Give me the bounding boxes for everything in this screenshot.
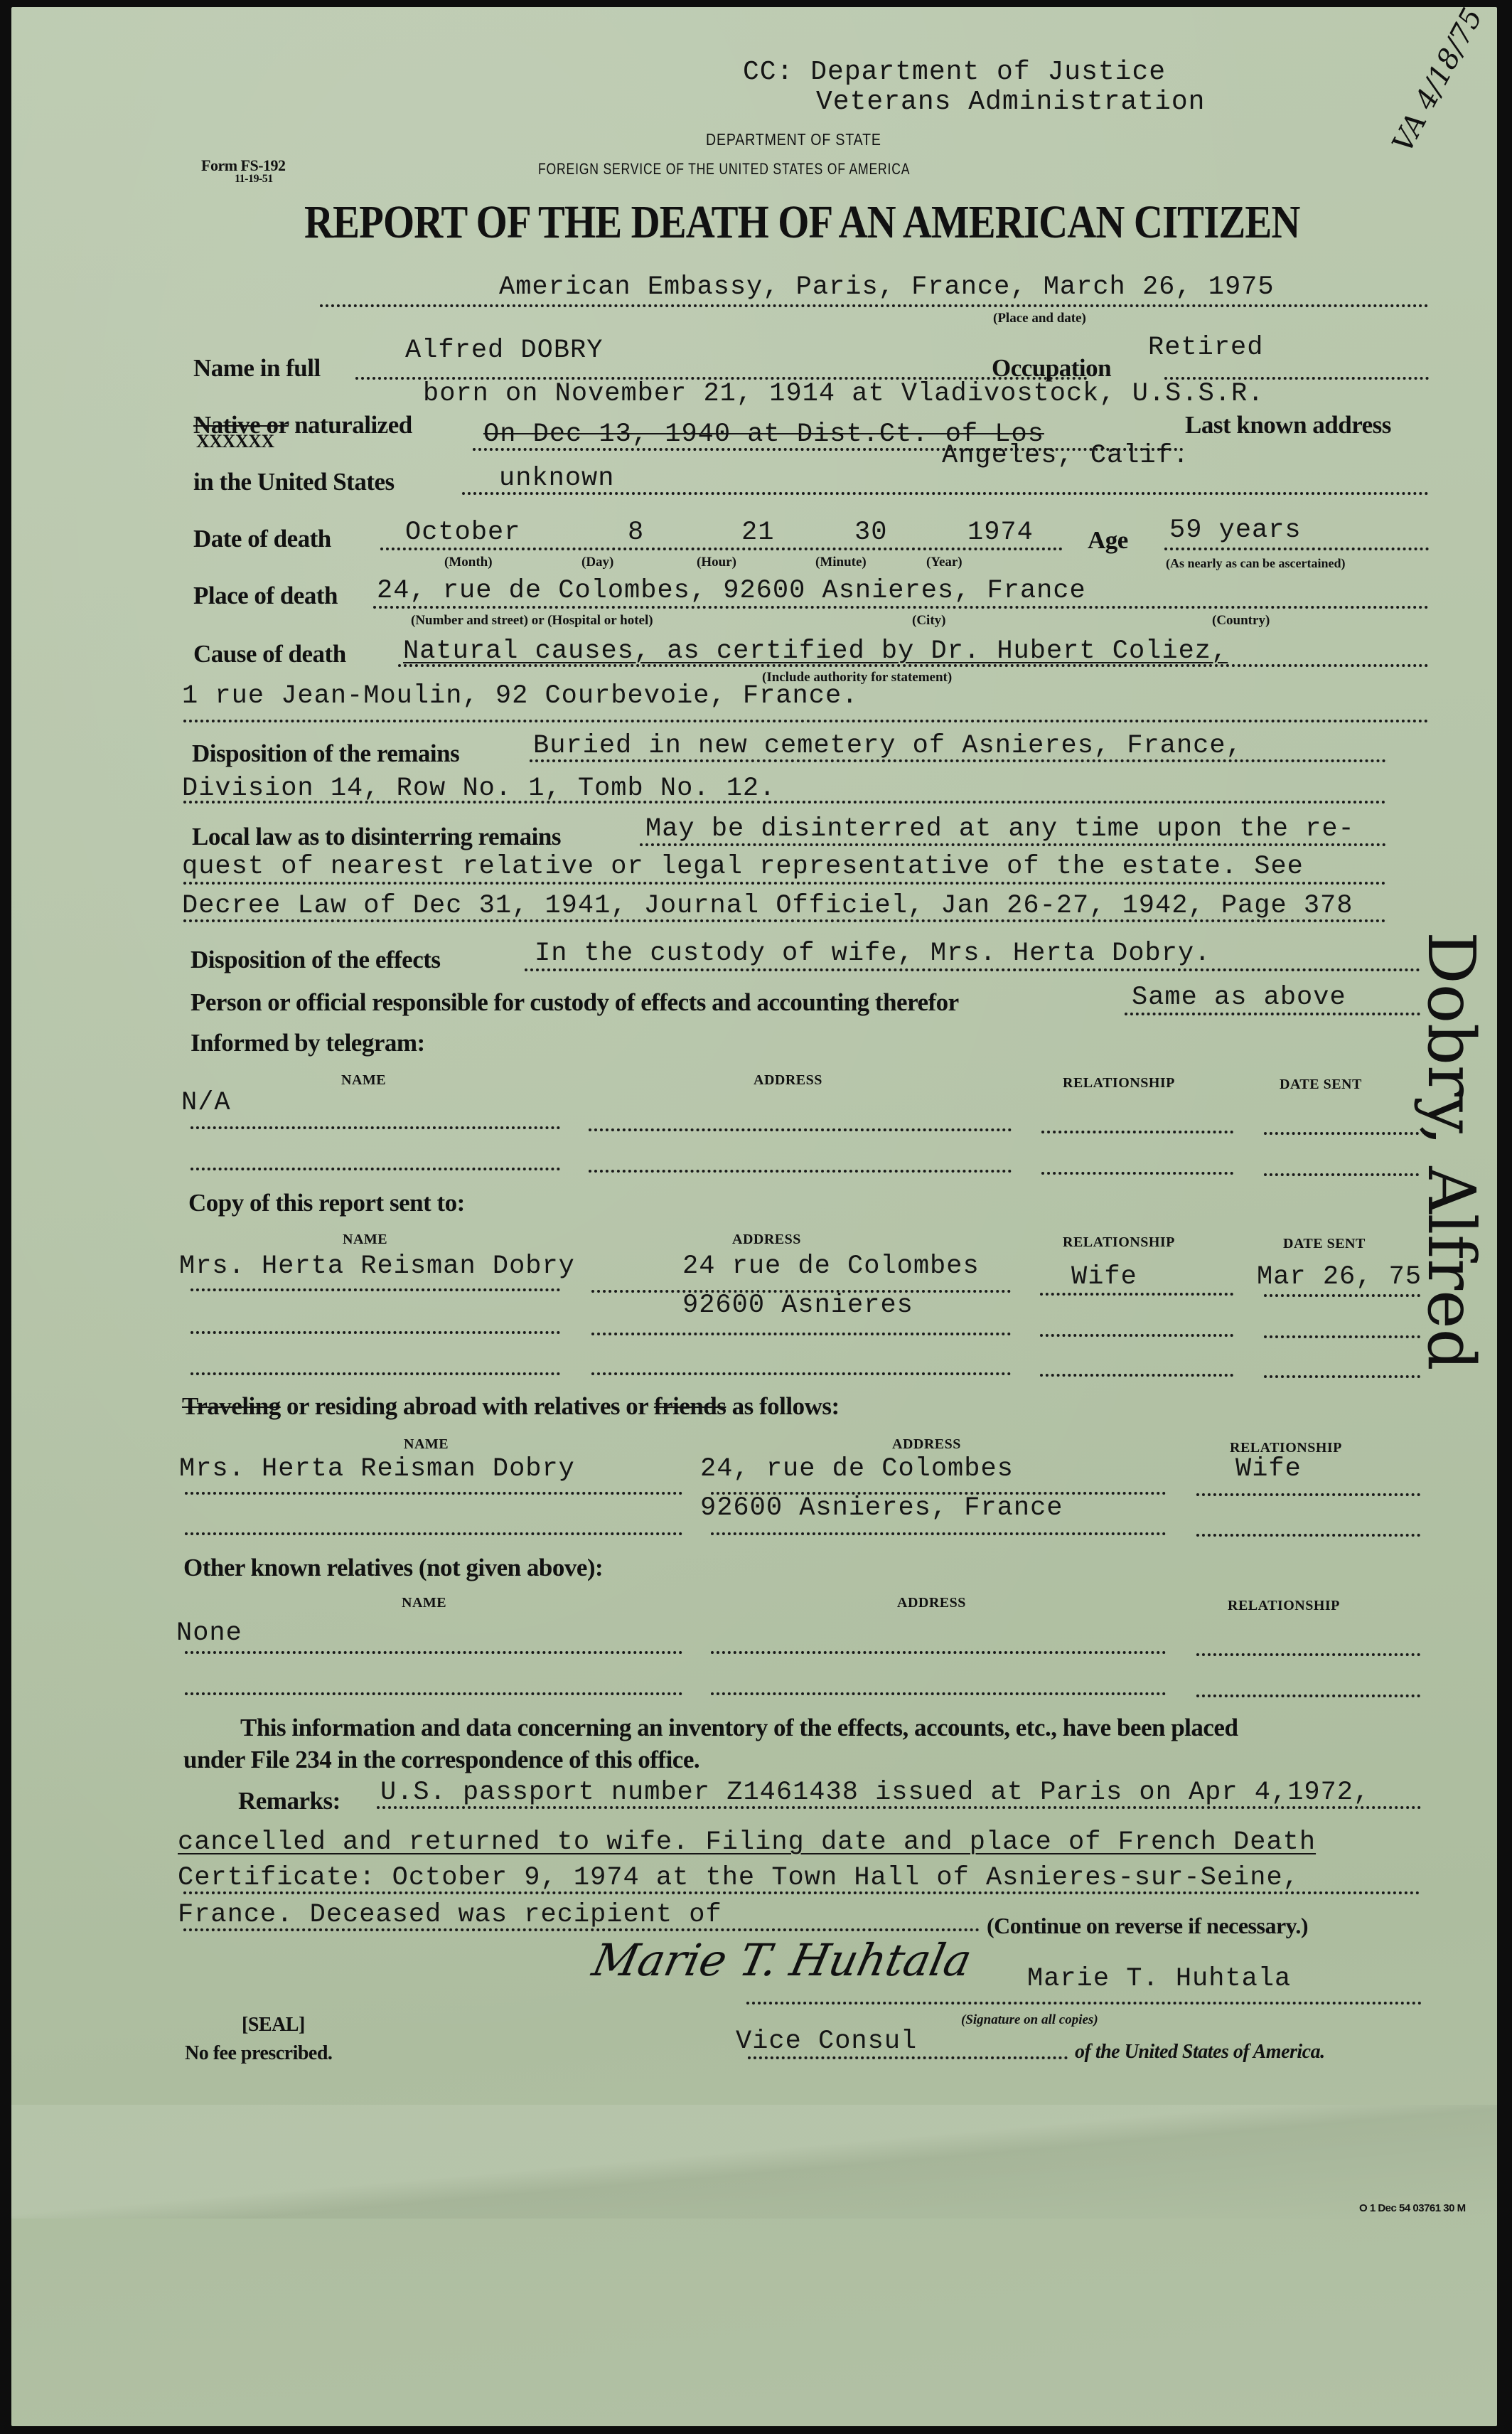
last-known-address-line xyxy=(462,492,1429,495)
abroad-row-address-2: 92600 Asnieres, France xyxy=(700,1493,1063,1523)
caption-month: (Month) xyxy=(444,555,493,570)
name-value: Alfred DOBRY xyxy=(405,336,603,365)
telegram-line-rel-1 xyxy=(1041,1131,1233,1133)
department-of-state: DEPARTMENT OF STATE xyxy=(706,130,881,149)
copy-col-name: NAME xyxy=(343,1232,387,1248)
foreign-service-heading: FOREIGN SERVICE OF THE UNITED STATES OF … xyxy=(538,160,910,178)
place-of-death-line xyxy=(373,606,1429,609)
abroad-line-name-1 xyxy=(185,1492,682,1495)
custody-person-label: Person or official responsible for custo… xyxy=(191,988,959,1017)
death-hour: 21 xyxy=(741,518,774,548)
caption-minute: (Minute) xyxy=(815,555,867,570)
telegram-line-date-1 xyxy=(1264,1132,1419,1135)
abroad-col-address: ADDRESS xyxy=(892,1436,961,1453)
local-law-value-3: Decree Law of Dec 31, 1941, Journal Offi… xyxy=(182,891,1353,921)
death-month: October xyxy=(405,518,520,548)
disposition-effects-value: In the custody of wife, Mrs. Herta Dobry… xyxy=(535,939,1211,968)
age-value: 59 years xyxy=(1169,516,1302,545)
age-caption: (As nearly as can be ascertained) xyxy=(1166,556,1345,571)
local-law-value-2: quest of nearest relative or legal repre… xyxy=(182,852,1304,882)
occupation-value: Retired xyxy=(1148,333,1263,363)
form-date: 11-19-51 xyxy=(235,173,273,186)
disposition-remains-value-2: Division 14, Row No. 1, Tomb No. 12. xyxy=(182,774,776,804)
inventory-note-line-1: This information and data concerning an … xyxy=(240,1714,1238,1742)
caption-year: (Year) xyxy=(926,555,963,570)
continue-note: (Continue on reverse if necessary.) xyxy=(987,1913,1308,1939)
last-known-address-label: Last known address xyxy=(1185,411,1391,439)
other-col-address: ADDRESS xyxy=(897,1595,966,1611)
caption-street: (Number and street) or (Hospital or hote… xyxy=(411,613,653,629)
telegram-line-rel-2 xyxy=(1041,1172,1233,1175)
telegram-col-address: ADDRESS xyxy=(754,1072,822,1089)
custody-person-line xyxy=(1125,1013,1420,1015)
age-label: Age xyxy=(1088,526,1128,555)
born-line: born on November 21, 1914 at Vladivostoc… xyxy=(423,379,1264,409)
telegram-row-name: N/A xyxy=(181,1088,231,1118)
cc-line-1: CC: Department of Justice xyxy=(743,57,1166,87)
telegram-col-name: NAME xyxy=(341,1072,386,1089)
cause-of-death-line xyxy=(398,664,1429,667)
copy-row-name: Mrs. Herta Reisman Dobry xyxy=(179,1251,575,1281)
seal-label: [SEAL] xyxy=(242,2014,305,2037)
custody-person-value: Same as above xyxy=(1132,983,1346,1013)
signature-title-line xyxy=(748,2056,1068,2059)
other-col-relationship: RELATIONSHIP xyxy=(1228,1598,1340,1614)
remarks-rule-4 xyxy=(183,1928,980,1931)
remarks-line-3: Certificate: October 9, 1974 at the Town… xyxy=(178,1863,1299,1893)
copy-line-date-3 xyxy=(1264,1375,1420,1378)
remarks-rule-1 xyxy=(377,1806,1422,1809)
place-of-death-label: Place of death xyxy=(193,582,338,610)
other-col-name: NAME xyxy=(402,1595,446,1611)
date-of-death-label: Date of death xyxy=(193,525,331,553)
signature-typed-name: Marie T. Huhtala xyxy=(1027,1964,1291,1994)
remarks-label: Remarks: xyxy=(238,1787,341,1815)
copy-row-relationship: Wife xyxy=(1071,1262,1137,1292)
disposition-effects-line xyxy=(525,968,1420,971)
handwritten-signature: Marie T. Huhtala xyxy=(588,1934,976,1986)
other-line-address-2 xyxy=(711,1692,1166,1695)
last-known-address-value: unknown xyxy=(499,464,614,493)
disposition-remains-line-2 xyxy=(183,801,1386,804)
place-date-line xyxy=(320,304,1429,307)
inventory-note-line-2: under File 234 in the correspondence of … xyxy=(183,1746,699,1774)
remarks-line-1: U.S. passport number Z1461438 issued at … xyxy=(380,1778,1370,1808)
copy-line-name-1 xyxy=(191,1288,560,1291)
residing-abroad-label: or residing abroad with relatives or xyxy=(286,1392,648,1420)
cause-of-death-line-2 xyxy=(183,720,1429,722)
disposition-remains-value: Buried in new cemetery of Asnieres, Fran… xyxy=(533,731,1243,761)
copy-sent-label: Copy of this report sent to: xyxy=(188,1189,465,1217)
local-law-line-3 xyxy=(183,919,1386,922)
other-line-rel-1 xyxy=(1196,1653,1420,1656)
other-relatives-label: Other known relatives (not given above): xyxy=(183,1554,603,1582)
copy-line-rel-1 xyxy=(1040,1293,1233,1296)
copy-row-address-2: 92600 Asnieres xyxy=(682,1291,913,1320)
signature-title-suffix: of the United States of America. xyxy=(1075,2041,1325,2064)
date-of-death-line xyxy=(380,548,1063,550)
other-line-address-1 xyxy=(711,1651,1166,1654)
abroad-line-rel-2 xyxy=(1196,1534,1420,1537)
telegram-col-relationship: RELATIONSHIP xyxy=(1063,1075,1175,1091)
copy-col-date-sent: DATE SENT xyxy=(1283,1236,1366,1252)
place-date-caption: (Place and date) xyxy=(993,311,1086,326)
remarks-line-2: cancelled and returned to wife. Filing d… xyxy=(178,1827,1316,1857)
abroad-col-name: NAME xyxy=(404,1436,449,1453)
copy-line-address-3 xyxy=(591,1372,1011,1375)
cause-of-death-value: Natural causes, as certified by Dr. Hube… xyxy=(403,636,1228,666)
other-line-rel-2 xyxy=(1196,1694,1420,1697)
print-code: O 1 Dec 54 03761 30 M xyxy=(1359,2202,1466,2214)
naturalized-value-line2: Angeles, Calif. xyxy=(942,441,1189,471)
copy-col-relationship: RELATIONSHIP xyxy=(1063,1234,1175,1251)
disposition-remains-line xyxy=(530,759,1386,762)
cause-of-death-value-2: 1 rue Jean-Moulin, 92 Courbevoie, France… xyxy=(182,681,858,711)
handwritten-margin-name: Dobry, Alfred xyxy=(1413,932,1489,1371)
telegram-line-name-2 xyxy=(191,1168,560,1170)
abroad-line-name-2 xyxy=(185,1532,682,1535)
remarks-line-4: France. Deceased was recipient of xyxy=(178,1900,722,1930)
death-day: 8 xyxy=(628,518,644,548)
abroad-line-rel-1 xyxy=(1196,1493,1420,1496)
telegram-col-date-sent: DATE SENT xyxy=(1280,1077,1362,1093)
friends-label-struck: friends xyxy=(654,1392,726,1420)
signature-title: Vice Consul xyxy=(736,2027,917,2056)
abroad-line-address-2 xyxy=(711,1532,1166,1535)
copy-line-date-1 xyxy=(1264,1294,1420,1297)
other-line-name-2 xyxy=(185,1692,682,1695)
telegram-label: Informed by telegram: xyxy=(191,1029,425,1057)
local-law-label: Local law as to disinterring remains xyxy=(192,823,561,851)
residing-abroad-label-end: as follows: xyxy=(732,1392,840,1420)
age-line xyxy=(1164,548,1429,550)
page-title: REPORT OF THE DEATH OF AN AMERICAN CITIZ… xyxy=(304,196,1300,250)
abroad-row-name: Mrs. Herta Reisman Dobry xyxy=(179,1454,575,1484)
telegram-line-address-2 xyxy=(589,1170,1012,1173)
last-known-address-label-2: in the United States xyxy=(193,468,395,496)
caption-country: (Country) xyxy=(1212,613,1270,629)
death-year: 1974 xyxy=(967,518,1034,548)
death-minute: 30 xyxy=(854,518,887,548)
traveling-label-struck: Traveling xyxy=(182,1392,281,1420)
other-line-name-1 xyxy=(185,1651,682,1654)
cause-of-death-label: Cause of death xyxy=(193,640,346,668)
disposition-effects-label: Disposition of the effects xyxy=(191,946,441,974)
copy-line-name-2 xyxy=(191,1331,560,1334)
caption-day: (Day) xyxy=(581,555,613,570)
place-date-value: American Embassy, Paris, France, March 2… xyxy=(499,272,1275,302)
copy-row-date-sent: Mar 26, 75 xyxy=(1257,1262,1422,1292)
signature-line xyxy=(746,2002,1422,2005)
disposition-remains-label: Disposition of the remains xyxy=(192,740,459,768)
signature-caption: (Signature on all copies) xyxy=(961,2012,1098,2028)
paper-fold xyxy=(11,2105,1497,2219)
other-row-name: None xyxy=(176,1618,242,1648)
telegram-line-name-1 xyxy=(191,1126,560,1129)
caption-city: (City) xyxy=(912,613,945,629)
copy-line-address-2 xyxy=(591,1333,1011,1335)
abroad-row-address: 24, rue de Colombes xyxy=(700,1454,1014,1484)
copy-line-rel-2 xyxy=(1040,1334,1233,1337)
xmark-overstrike: XXXXXX xyxy=(196,431,274,452)
occupation-label: Occupation xyxy=(992,354,1111,383)
copy-line-date-2 xyxy=(1264,1335,1420,1338)
telegram-line-address-1 xyxy=(589,1128,1012,1131)
copy-line-rel-3 xyxy=(1040,1374,1233,1377)
name-label: Name in full xyxy=(193,354,321,383)
telegram-line-date-2 xyxy=(1264,1173,1419,1176)
local-law-line xyxy=(640,843,1386,846)
cc-line-2: Veterans Administration xyxy=(816,87,1206,117)
place-of-death-value: 24, rue de Colombes, 92600 Asnieres, Fra… xyxy=(377,576,1086,606)
local-law-line-2 xyxy=(183,882,1386,885)
abroad-row-relationship: Wife xyxy=(1235,1454,1302,1484)
copy-line-name-3 xyxy=(191,1372,560,1375)
naturalized-label: naturalized xyxy=(294,411,412,439)
local-law-value: May be disinterred at any time upon the … xyxy=(645,814,1355,844)
copy-col-address: ADDRESS xyxy=(732,1232,801,1248)
no-fee-note: No fee prescribed. xyxy=(185,2042,332,2065)
remarks-rule-3 xyxy=(183,1891,1420,1894)
copy-row-address: 24 rue de Colombes xyxy=(682,1251,980,1281)
caption-hour: (Hour) xyxy=(697,555,736,570)
